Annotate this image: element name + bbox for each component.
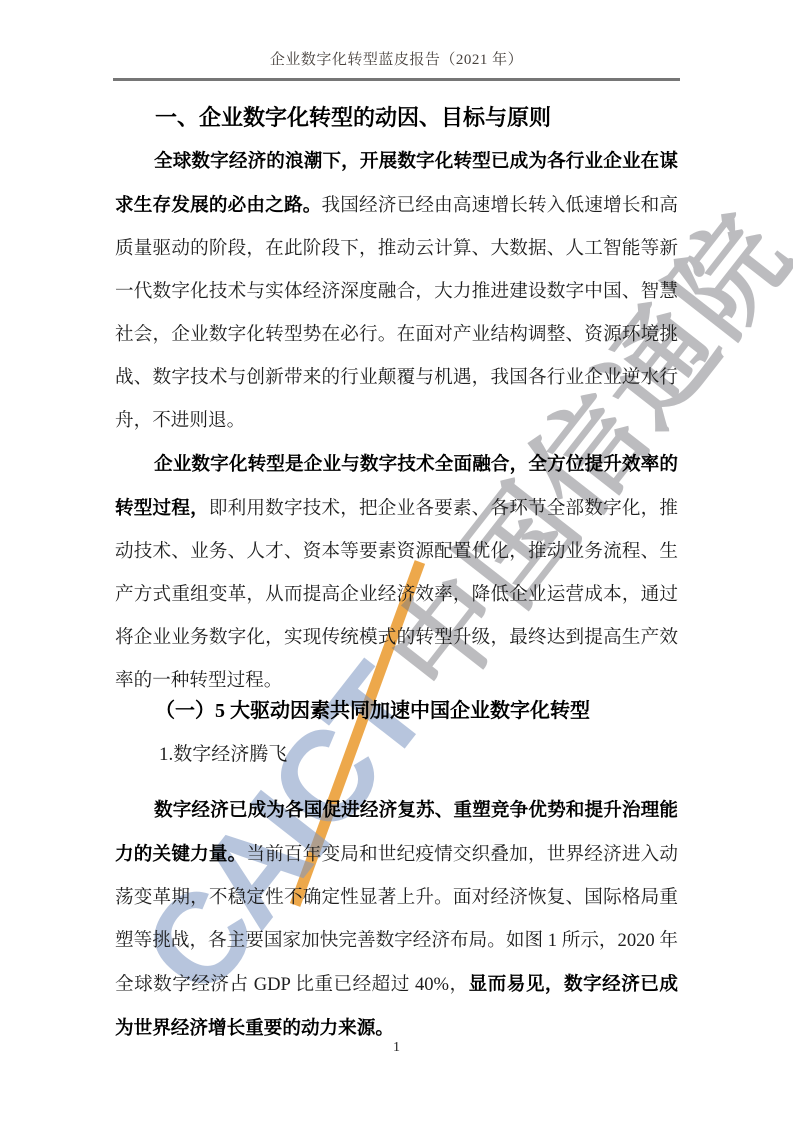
- header-rule: [113, 78, 680, 81]
- page-number: 1: [0, 1038, 793, 1058]
- text-run: 我国经济已经由高速增长转入低速增长和高质量驱动的阶段，在此阶段下，推动云计算、大…: [115, 195, 678, 431]
- running-header-title: 企业数字化转型蓝皮报告（2021 年）: [0, 49, 793, 71]
- sub-heading: （一）5 大驱动因素共同加速中国企业数字化转型: [155, 690, 678, 733]
- numbered-heading: 1.数字经济腾飞: [159, 733, 678, 776]
- text-run: 即利用数字技术，把企业各要素、各环节全部数字化，推动技术、业务、人才、资本等要素…: [115, 498, 678, 691]
- section-heading: 一、企业数字化转型的动因、目标与原则: [155, 96, 678, 139]
- paragraph: 全球数字经济的浪潮下，开展数字化转型已成为各行业企业在谋求生存发展的必由之路。我…: [115, 139, 678, 442]
- document-body: 一、企业数字化转型的动因、目标与原则 全球数字经济的浪潮下，开展数字化转型已成为…: [115, 96, 678, 1050]
- document-page: 企业数字化转型蓝皮报告（2021 年） CAICT 中国信通院 一、企业数字化转…: [0, 0, 793, 1122]
- paragraph: 企业数字化转型是企业与数字技术全面融合，全方位提升效率的转型过程，即利用数字技术…: [115, 442, 678, 702]
- paragraph: 数字经济已成为各国促进经济复苏、重塑竞争优势和提升治理能力的关键力量。当前百年变…: [115, 788, 678, 1050]
